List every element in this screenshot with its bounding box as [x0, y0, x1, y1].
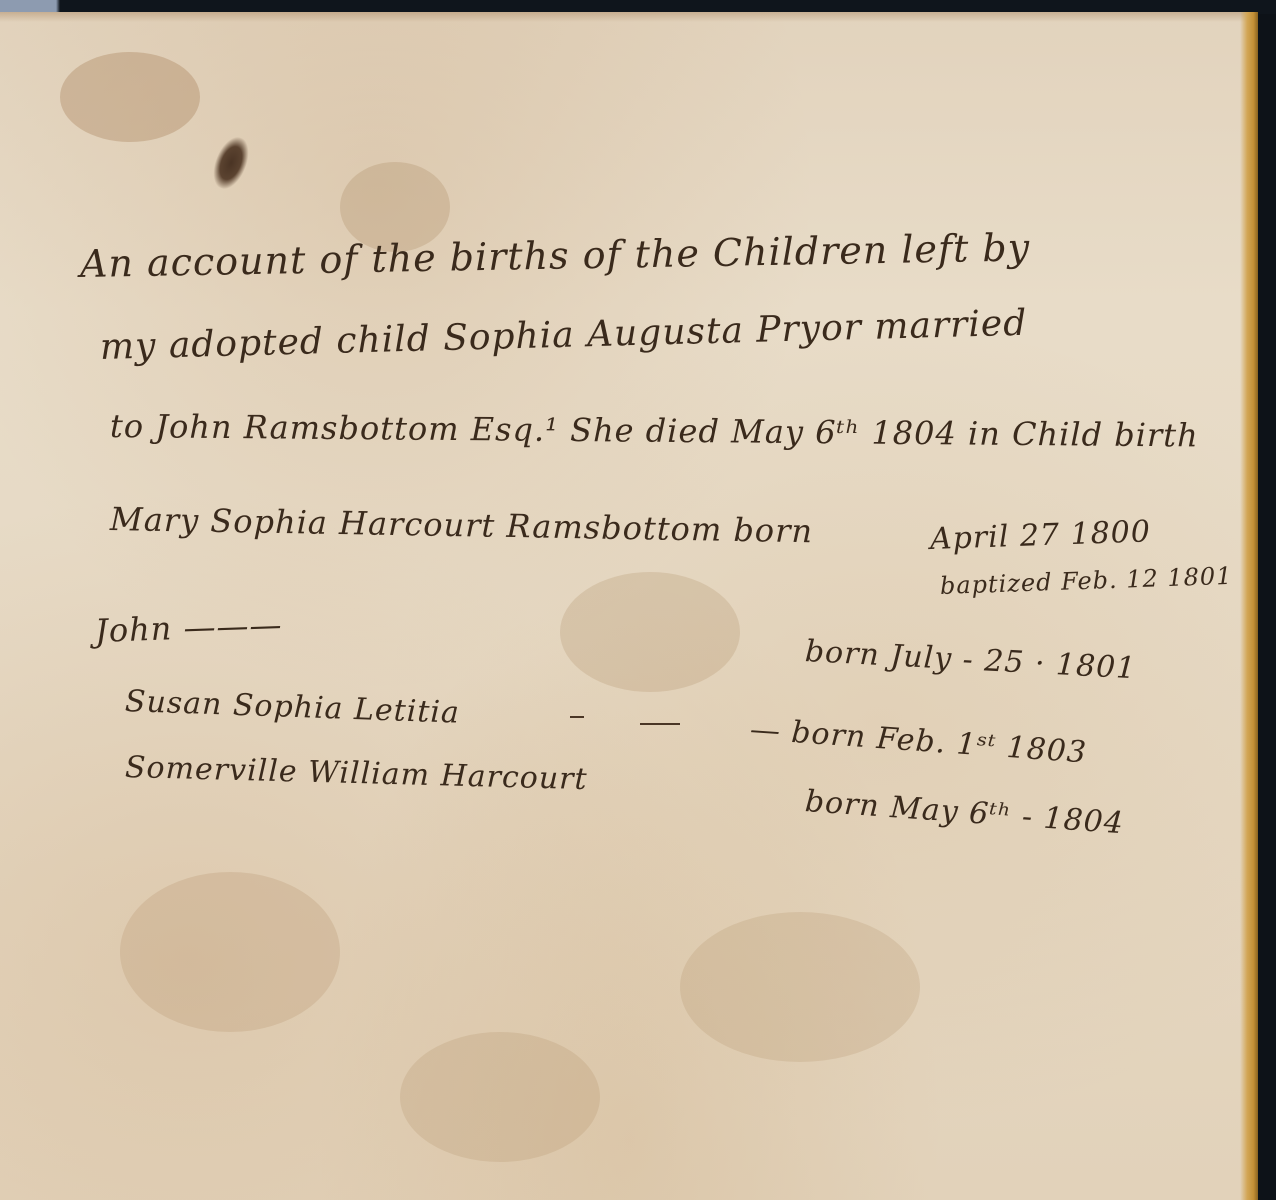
leader-dash: [570, 716, 584, 718]
entry-date-4: born May 6ᵗʰ - 1804: [804, 784, 1125, 841]
heading-line-3: to John Ramsbottom Esq.¹ She died May 6ᵗ…: [110, 407, 1199, 454]
entry-name-4: Somerville William Harcourt: [125, 750, 588, 797]
entry-name-2: John ———: [94, 605, 283, 650]
leader-dash: [640, 723, 680, 725]
entry-date-2: born July - 25 · 1801: [804, 634, 1137, 686]
foxing-stain: [120, 872, 340, 1032]
marginal-mark: [207, 132, 255, 193]
entry-date-3: — born Feb. 1ˢᵗ 1803: [749, 712, 1088, 770]
foxing-stain: [680, 912, 920, 1062]
heading-line-2: my adopted child Sophia Augusta Pryor ma…: [99, 303, 1027, 368]
entry-note-1: baptized Feb. 12 1801: [940, 562, 1233, 600]
entry-name-1: Mary Sophia Harcourt Ramsbottom born: [110, 500, 814, 550]
manuscript-page: An account of the births of the Children…: [0, 12, 1258, 1200]
heading-line-1: An account of the births of the Children…: [80, 225, 1031, 286]
entry-date-1: April 27 1800: [929, 514, 1151, 557]
foxing-stain: [400, 1032, 600, 1162]
page-top-edge: [0, 12, 1258, 22]
gilt-page-edge: [1240, 12, 1258, 1200]
foxing-stain: [60, 52, 200, 142]
entry-name-3: Susan Sophia Letitia: [124, 684, 460, 731]
foxing-stain: [560, 572, 740, 692]
